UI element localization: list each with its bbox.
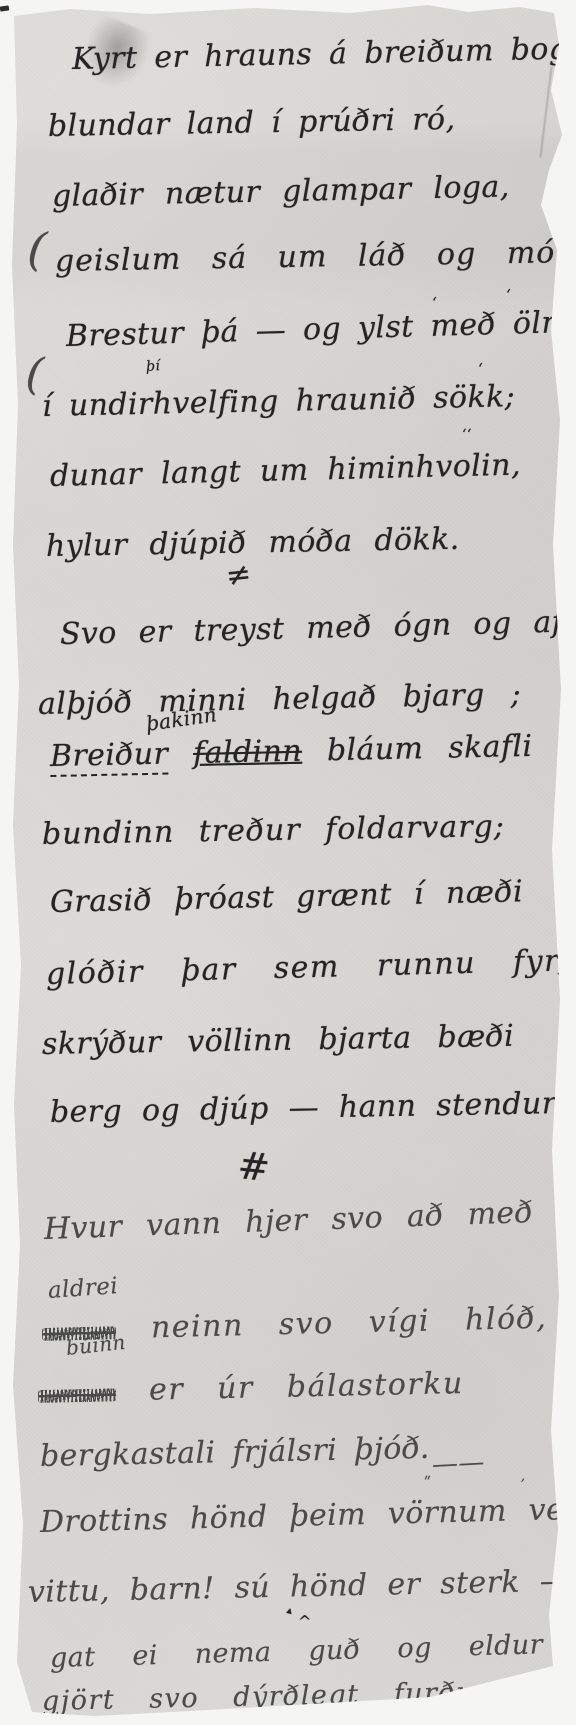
poem-line: Hvur vann hjer svo að með orku? (43, 1194, 576, 1245)
poem-line: Brestur þá — og ylst með ölnu (66, 308, 576, 352)
poem-line: glaðir nætur glampar loga, (52, 172, 510, 212)
crossed-out-scribble (38, 1388, 116, 1403)
poem-line: gat ei nema guð og eldur (50, 1631, 544, 1672)
text-segment: berg og djúp — hann stendur kyr. (50, 1085, 576, 1130)
text-segment: geislum sá um láð og mó. (55, 235, 566, 279)
text-segment: bergkastali frjálsri þjóð. (40, 1431, 430, 1474)
text-segment: þí (145, 358, 160, 375)
edited-word: Breiður (50, 737, 169, 777)
text-segment: í undirhvelfing hraunið sökk; (42, 379, 516, 424)
text-segment: bundinn treður foldarvarg; (42, 809, 505, 852)
poem-line: bergkastali frjálsri þjóð. (40, 1434, 430, 1472)
text-segment: ʼ (520, 1477, 525, 1493)
poem-line: blundar land í prúðri ró, (48, 105, 456, 142)
text-segment: ʻ (432, 294, 437, 312)
poem-line: alþjóð minni helgað bjarg ; (38, 680, 522, 720)
manuscript-paper: Kyrt er hrauns á breiðum boga,blundar la… (0, 0, 576, 1725)
correction-mark: ʻʻ (462, 428, 472, 442)
text-segment: dunar langt um himinhvolin, (50, 447, 522, 493)
poem-line: dunar langt um himinhvolin, (50, 450, 522, 491)
correction-mark: þí (146, 359, 161, 374)
poem-line: í undirhvelfing hraunið sökk; (42, 382, 516, 422)
text-segment: ▴ (285, 1603, 294, 1617)
pen-flourish: —— (431, 1449, 485, 1478)
correction-mark: ʺ (424, 1476, 431, 1491)
text-segment: hylur djúpið móða dökk. (46, 522, 460, 564)
inserted-word-above: búinn (65, 1332, 127, 1358)
correction-mark: „ (553, 1652, 561, 1667)
text-segment: # (236, 1143, 273, 1190)
correction-mark: ʻ (432, 296, 437, 311)
pen-flourish: ( (26, 225, 49, 273)
poem-line: bundinn treður foldarvarg; (42, 812, 505, 850)
text-segment: ( (25, 221, 49, 277)
text-segment: neinn svo vígi hlóð, (116, 1301, 548, 1347)
poem-line: skrýður völlinn bjarta bæði (42, 1022, 515, 1060)
text-segment: skrýður völlinn bjarta bæði (42, 1019, 515, 1062)
pen-flourish: ( (24, 352, 45, 397)
text-segment: ^ (298, 1612, 312, 1631)
correction-mark: ʼ (520, 1478, 525, 1492)
scan-edge-mark (0, 5, 9, 11)
text-segment: „ (553, 1650, 561, 1668)
correction-mark: ʻ (506, 288, 511, 303)
poem-line: berg og djúp — hann stendur kyr. (50, 1088, 576, 1128)
text-segment: —— (431, 1447, 485, 1480)
text-segment: glaðir nætur glampar loga, (52, 169, 510, 214)
insertion-caret: ^ (298, 1614, 312, 1630)
text-segment: Drottins hönd þeim vörnum veldur (40, 1491, 576, 1540)
text-segment: ʻ (478, 360, 483, 378)
text-segment: Grasið þróast grænt í næði (50, 874, 524, 920)
poem-line: vittu, barn! sú hönd er sterk — (28, 1567, 571, 1608)
stanza-divider: ≠ (224, 559, 253, 592)
poem-line: Kyrt er hrauns á breiðum boga, (72, 34, 576, 75)
scanned-page: Kyrt er hrauns á breiðum boga,blundar la… (0, 0, 576, 1725)
insertion-caret: ▴ (286, 1604, 295, 1616)
poem-line: gjört svo dýrðlegt furðuverk. (42, 1677, 552, 1715)
text-segment: ʺ (424, 1474, 431, 1492)
correction-mark: ʻ (478, 362, 483, 377)
text-segment: aldrei (47, 1273, 119, 1304)
text-segment: gat ei nema guð og eldur (50, 1629, 544, 1674)
inserted-word-above: aldrei (47, 1275, 119, 1303)
text-segment: ʻʻ (462, 427, 472, 443)
text-segment: bláum skafli (302, 729, 533, 769)
text-segment: ʻ (506, 286, 511, 304)
poem-line: glóðir þar sem runnu fyr, (46, 946, 568, 990)
poem-line: er úr bálastorku (38, 1369, 464, 1408)
text-segment: glóðir þar sem runnu fyr, (46, 943, 569, 992)
edited-word: faldinn (193, 734, 303, 771)
text-segment: vittu, barn! sú hönd er sterk — (28, 1564, 571, 1610)
poem-line: Drottins hönd þeim vörnum veldur (40, 1494, 576, 1538)
text-segment: er úr bálastorku (116, 1366, 464, 1408)
text-segment: alþjóð minni helgað bjarg ; (38, 677, 522, 722)
stanza-divider: # (236, 1146, 272, 1187)
poem-line: geislum sá um láð og mó. (55, 238, 566, 277)
text-segment: blundar land í prúðri ró, (48, 102, 456, 144)
text-segment (168, 736, 194, 772)
poem-line: Svo er treyst með ógn og afli (60, 607, 576, 650)
text-segment: ≠ (224, 556, 253, 593)
scanned-manuscript-screenshot: { "page": { "background_color": "#f5f5f3… (0, 0, 576, 1725)
poem-line: Breiður faldinn bláum skafli (50, 732, 533, 772)
text-segment: búinn (65, 1330, 127, 1360)
paper-crease (539, 66, 552, 158)
text-segment: gjört svo dýrðlegt furðuverk. (42, 1675, 552, 1717)
text-segment: Svo er treyst með ógn og afli (60, 604, 576, 652)
text-segment: Hvur vann hjer svo að með orku? (43, 1191, 576, 1247)
poem-line: Grasið þróast grænt í næði (50, 877, 524, 918)
text-segment: Brestur þá — og ylst með ölnu (65, 305, 576, 354)
poem-line: hylur djúpið móða dökk. (46, 525, 460, 562)
